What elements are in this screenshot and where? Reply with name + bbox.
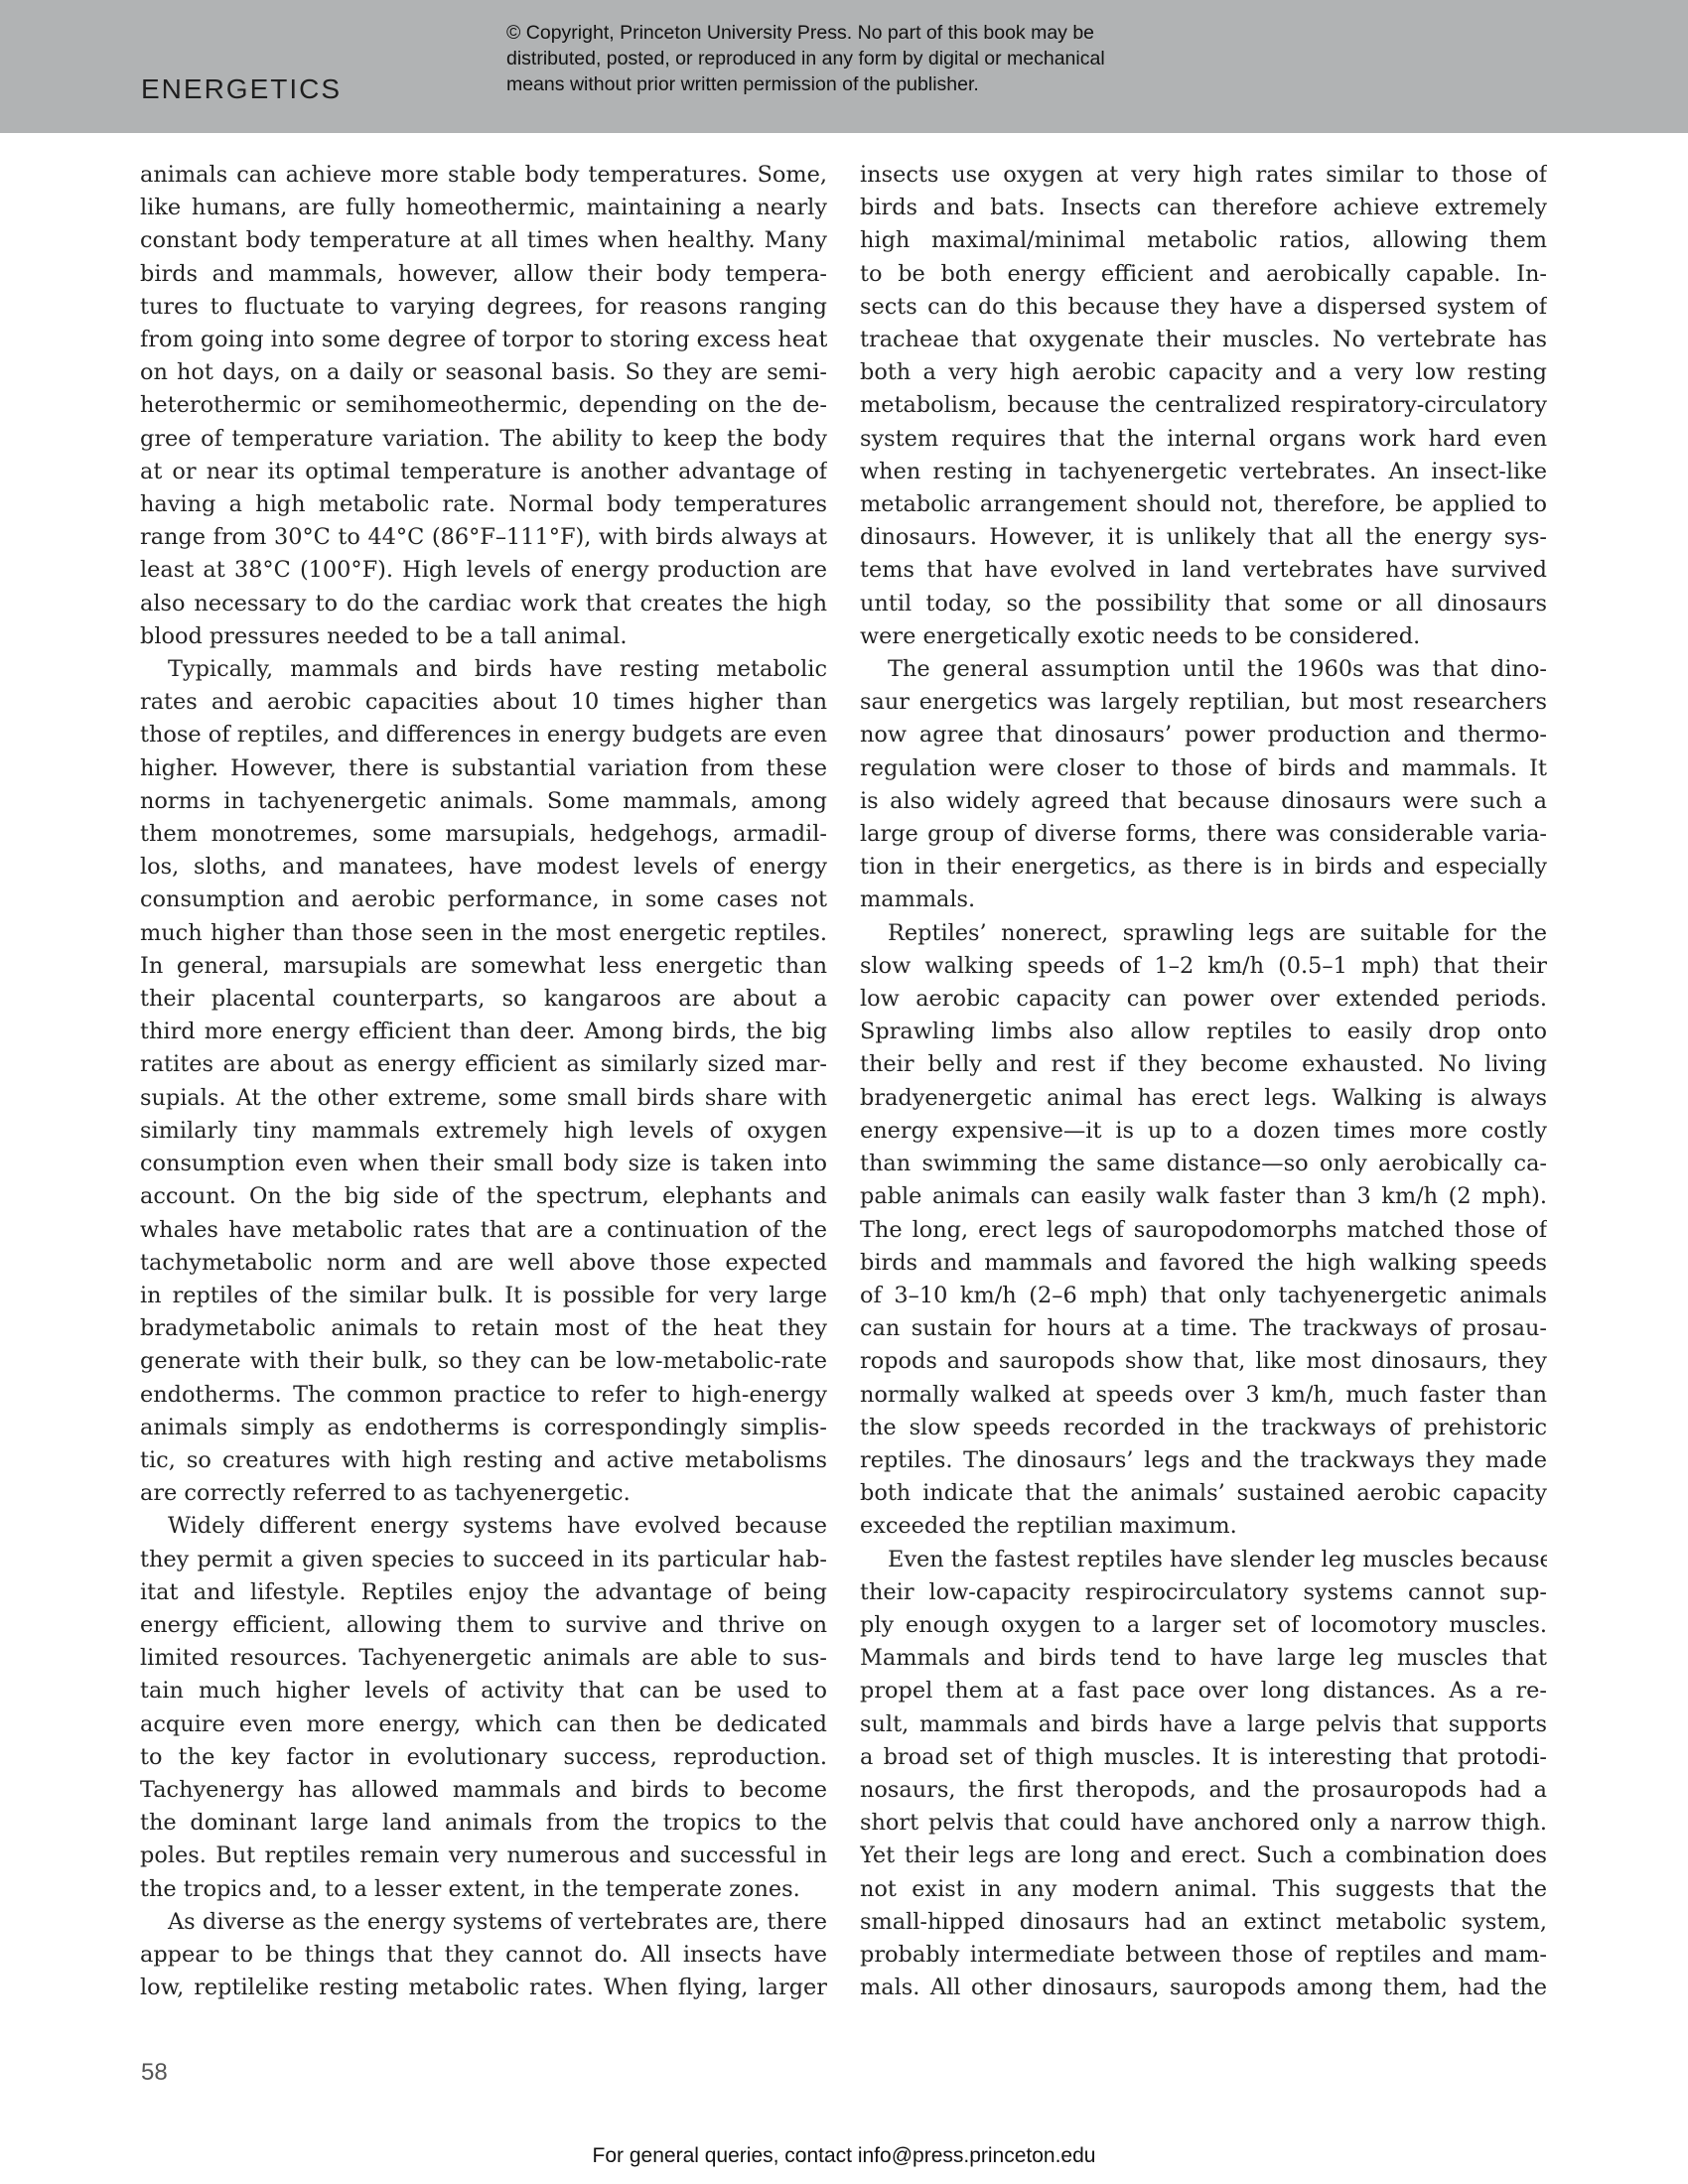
copyright-line: © Copyright, Princeton University Press.… [506,20,1221,46]
text-line: bradymetabolic animals to retain most of… [140,1312,827,1345]
text-line: until today, so the possibility that som… [860,588,1547,620]
text-line: Tachyenergy has allowed mammals and bird… [140,1774,827,1807]
text-line: Reptiles’ nonerect, sprawling legs are s… [860,917,1547,950]
text-line: ply enough oxygen to a larger set of loc… [860,1609,1547,1642]
page-number: 58 [141,2059,168,2087]
text-line: tures to fluctuate to varying degrees, f… [140,291,827,324]
running-head: ENERGETICS [141,73,342,105]
text-line: tracheae that oxygenate their muscles. N… [860,324,1547,356]
text-line: supials. At the other extreme, some smal… [140,1082,827,1115]
text-line: consumption even when their small body s… [140,1148,827,1180]
text-line: consumption and aerobic performance, in … [140,884,827,916]
text-line: tain much higher levels of activity that… [140,1675,827,1707]
text-line: Widely different energy systems have evo… [140,1510,827,1543]
text-line: short pelvis that could have anchored on… [860,1807,1547,1840]
text-line: norms in tachyenergetic animals. Some ma… [140,785,827,818]
text-line: appear to be things that they cannot do.… [140,1939,827,1972]
text-line: a broad set of thigh muscles. It is inte… [860,1741,1547,1774]
text-line: when resting in tachyenergetic vertebrat… [860,456,1547,488]
text-line: to the key factor in evolutionary succes… [140,1741,827,1774]
text-line: tems that have evolved in land vertebrat… [860,554,1547,587]
text-line: animals simply as endotherms is correspo… [140,1412,827,1444]
text-line: the dominant large land animals from the… [140,1807,827,1840]
text-line: their belly and rest if they become exha… [860,1048,1547,1081]
text-line: gree of temperature variation. The abili… [140,423,827,456]
text-line: range from 30°C to 44°C (86°F–111°F), wi… [140,521,827,554]
text-line: now agree that dinosaurs’ power producti… [860,719,1547,751]
copyright-notice: © Copyright, Princeton University Press.… [506,20,1221,97]
text-line: insects use oxygen at very high rates si… [860,159,1547,192]
text-line: Yet their legs are long and erect. Such … [860,1840,1547,1872]
text-line: poles. But reptiles remain very numerous… [140,1840,827,1872]
text-line: birds and mammals, however, allow their … [140,258,827,291]
text-line: generate with their bulk, so they can be… [140,1345,827,1378]
text-line: were energetically exotic needs to be co… [860,620,1547,653]
text-line: whales have metabolic rates that are a c… [140,1214,827,1247]
text-line: The long, erect legs of sauropodomorphs … [860,1214,1547,1247]
text-line: having a high metabolic rate. Normal bod… [140,488,827,521]
text-line: In general, marsupials are somewhat less… [140,950,827,983]
text-line: saur energetics was largely reptilian, b… [860,686,1547,719]
text-line: on hot days, on a daily or seasonal basi… [140,356,827,389]
text-line: can sustain for hours at a time. The tra… [860,1312,1547,1345]
text-line: large group of diverse forms, there was … [860,818,1547,851]
text-line: blood pressures needed to be a tall anim… [140,620,827,653]
footer-contact: For general queries, contact info@press.… [0,2144,1688,2168]
text-line: similarly tiny mammals extremely high le… [140,1115,827,1148]
text-line: As diverse as the energy systems of vert… [140,1906,827,1939]
text-line: account. On the big side of the spectrum… [140,1180,827,1213]
text-line: the slow speeds recorded in the trackway… [860,1412,1547,1444]
text-line: energy efficient, allowing them to survi… [140,1609,827,1642]
text-line: tic, so creatures with high resting and … [140,1444,827,1477]
text-line: metabolism, because the centralized resp… [860,389,1547,422]
text-line: from going into some degree of torpor to… [140,324,827,356]
text-line: least at 38°C (100°F). High levels of en… [140,554,827,587]
text-line: the tropics and, to a lesser extent, in … [140,1873,827,1906]
text-line: sult, mammals and birds have a large pel… [860,1708,1547,1741]
text-line: exceeded the reptilian maximum. [860,1510,1547,1543]
text-line: bradyenergetic animal has erect legs. Wa… [860,1082,1547,1115]
text-line: mammals. [860,884,1547,916]
text-line: tachymetabolic norm and are well above t… [140,1247,827,1280]
text-line: The general assumption until the 1960s w… [860,653,1547,686]
left-text-column: animals can achieve more stable body tem… [140,159,827,2004]
text-line: normally walked at speeds over 3 km/h, m… [860,1379,1547,1412]
text-line: Sprawling limbs also allow reptiles to e… [860,1016,1547,1048]
text-line: endotherms. The common practice to refer… [140,1379,827,1412]
text-line: propel them at a fast pace over long dis… [860,1675,1547,1707]
text-line: are correctly referred to as tachyenerge… [140,1477,827,1510]
text-line: in reptiles of the similar bulk. It is p… [140,1280,827,1312]
text-line: regulation were closer to those of birds… [860,752,1547,785]
text-line: low aerobic capacity can power over exte… [860,983,1547,1016]
text-line: probably intermediate between those of r… [860,1939,1547,1972]
text-line: those of reptiles, and differences in en… [140,719,827,751]
text-line: reptiles. The dinosaurs’ legs and the tr… [860,1444,1547,1477]
text-line: rates and aerobic capacities about 10 ti… [140,686,827,719]
text-line: small-hipped dinosaurs had an extinct me… [860,1906,1547,1939]
text-line: system requires that the internal organs… [860,423,1547,456]
text-line: to be both energy efficient and aerobica… [860,258,1547,291]
text-line: also necessary to do the cardiac work th… [140,588,827,620]
text-line: acquire even more energy, which can then… [140,1708,827,1741]
text-line: heterothermic or semihomeothermic, depen… [140,389,827,422]
text-line: constant body temperature at all times w… [140,224,827,257]
text-line: los, sloths, and manatees, have modest l… [140,851,827,884]
text-line: tion in their energetics, as there is in… [860,851,1547,884]
text-line: both indicate that the animals’ sustaine… [860,1477,1547,1510]
text-line: their placental counterparts, so kangaro… [140,983,827,1016]
text-line: of 3–10 km/h (2–6 mph) that only tachyen… [860,1280,1547,1312]
text-line: animals can achieve more stable body tem… [140,159,827,192]
text-line: their low-capacity respirocirculatory sy… [860,1576,1547,1609]
text-line: energy expensive—it is up to a dozen tim… [860,1115,1547,1148]
text-line: Typically, mammals and birds have restin… [140,653,827,686]
text-line: slow walking speeds of 1–2 km/h (0.5–1 m… [860,950,1547,983]
text-line: than swimming the same distance—so only … [860,1148,1547,1180]
text-line: ropods and sauropods show that, like mos… [860,1345,1547,1378]
copyright-line: distributed, posted, or reproduced in an… [506,46,1221,71]
text-line: they permit a given species to succeed i… [140,1544,827,1576]
text-line: like humans, are fully homeothermic, mai… [140,192,827,224]
text-line: limited resources. Tachyenergetic animal… [140,1642,827,1675]
text-line: dinosaurs. However, it is unlikely that … [860,521,1547,554]
text-line: Mammals and birds tend to have large leg… [860,1642,1547,1675]
text-line: high maximal/minimal metabolic ratios, a… [860,224,1547,257]
text-line: itat and lifestyle. Reptiles enjoy the a… [140,1576,827,1609]
text-line: much higher than those seen in the most … [140,917,827,950]
text-line: nosaurs, the first theropods, and the pr… [860,1774,1547,1807]
text-line: low, reptilelike resting metabolic rates… [140,1972,827,2004]
text-line: them monotremes, some marsupials, hedgeh… [140,818,827,851]
text-line: mals. All other dinosaurs, sauropods amo… [860,1972,1547,2004]
text-line: birds and mammals and favored the high w… [860,1247,1547,1280]
right-text-column: insects use oxygen at very high rates si… [860,159,1547,2004]
text-line: sects can do this because they have a di… [860,291,1547,324]
text-line: ratites are about as energy efficient as… [140,1048,827,1081]
text-line: pable animals can easily walk faster tha… [860,1180,1547,1213]
text-line: third more energy efficient than deer. A… [140,1016,827,1048]
text-line: higher. However, there is substantial va… [140,752,827,785]
text-line: at or near its optimal temperature is an… [140,456,827,488]
copyright-line: means without prior written permission o… [506,71,1221,97]
text-line: not exist in any modern animal. This sug… [860,1873,1547,1906]
text-line: Even the fastest reptiles have slender l… [860,1544,1547,1576]
text-line: both a very high aerobic capacity and a … [860,356,1547,389]
text-line: metabolic arrangement should not, theref… [860,488,1547,521]
text-line: is also widely agreed that because dinos… [860,785,1547,818]
text-line: birds and bats. Insects can therefore ac… [860,192,1547,224]
